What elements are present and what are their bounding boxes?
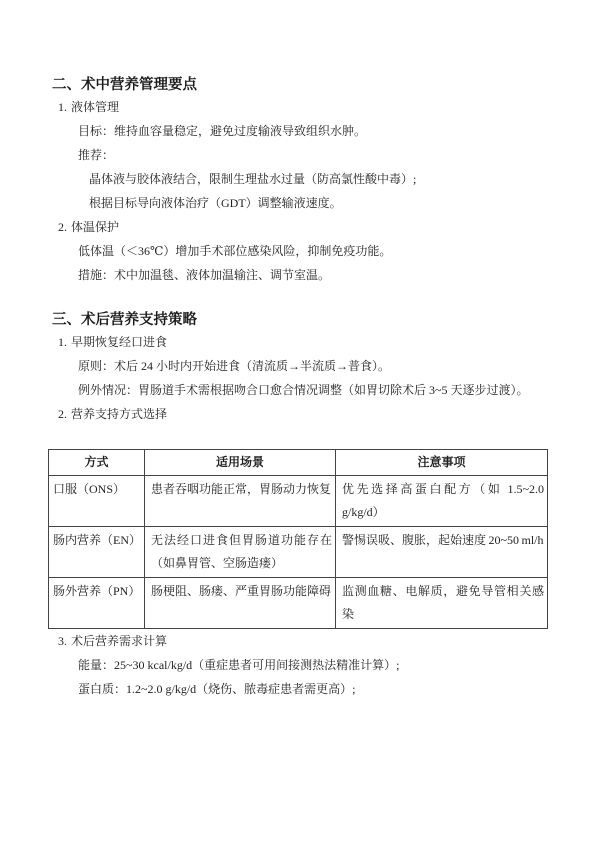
body-line-feeding-principle: 原则：术后 24 小时内开始进食（清流质→半流质→普食）。 (0, 354, 595, 378)
list-item-fluid-management: 1.液体管理 (0, 95, 595, 119)
table-cell-precautions: 优先选择高蛋白配方（如 1.5~2.0 g/kg/d） (336, 476, 548, 527)
list-item-number: 2. (58, 215, 71, 239)
table-header-precautions: 注意事项 (336, 450, 548, 476)
table-row-ons: 口服（ONS） 患者吞咽功能正常，胃肠动力恢复 优先选择高蛋白配方（如 1.5~… (49, 476, 548, 527)
table-cell-mode: 肠外营养（PN） (49, 578, 145, 629)
body-line-fluid-crystalloid: 晶体液与胶体液结合，限制生理盐水过量（防高氯性酸中毒）; (0, 167, 595, 191)
body-line-fluid-recommend: 推荐： (0, 143, 595, 167)
table-header-scenario: 适用场景 (145, 450, 336, 476)
list-item-number: 1. (58, 95, 71, 119)
body-line-energy-requirement: 能量：25~30 kcal/kg/d（重症患者可用间接测热法精准计算）; (0, 653, 595, 677)
section-heading-intraop-nutrition: 二、术中营养管理要点 (0, 75, 595, 95)
list-item-label: 营养支持方式选择 (71, 407, 167, 421)
body-line-protein-requirement: 蛋白质：1.2~2.0 g/kg/d（烧伤、脓毒症患者需更高）; (0, 677, 595, 701)
list-item-label: 液体管理 (71, 100, 119, 114)
table-row-pn: 肠外营养（PN） 肠梗阻、肠瘘、严重胃肠功能障碍 监测血糖、电解质，避免导管相关… (49, 578, 548, 629)
list-item-number: 2. (58, 402, 71, 426)
list-item-label: 体温保护 (71, 220, 119, 234)
table-cell-precautions: 监测血糖、电解质，避免导管相关感染 (336, 578, 548, 629)
table-cell-scenario: 无法经口进食但胃肠道功能存在（如鼻胃管、空肠造瘘） (145, 527, 336, 578)
body-line-fluid-gdt: 根据目标导向液体治疗（GDT）调整输液速度。 (0, 191, 595, 215)
section-heading-postop-nutrition: 三、术后营养支持策略 (0, 310, 595, 330)
nutrition-support-table: 方式 适用场景 注意事项 口服（ONS） 患者吞咽功能正常，胃肠动力恢复 优先选… (48, 449, 548, 629)
body-line-fluid-goal: 目标：维持血容量稳定，避免过度输液导致组织水肿。 (0, 119, 595, 143)
table-cell-mode: 口服（ONS） (49, 476, 145, 527)
list-item-nutrition-requirement-calc: 3.术后营养需求计算 (0, 629, 595, 653)
body-line-feeding-exception: 例外情况：胃肠道手术需根据吻合口愈合情况调整（如胃切除术后 3~5 天逐步过渡）… (0, 378, 595, 402)
list-item-early-oral-feeding: 1.早期恢复经口进食 (0, 330, 595, 354)
body-line-hypothermia-risk: 低体温（＜36℃）增加手术部位感染风险，抑制免疫功能。 (0, 239, 595, 263)
list-item-number: 1. (58, 330, 71, 354)
table-cell-scenario: 肠梗阻、肠瘘、严重胃肠功能障碍 (145, 578, 336, 629)
list-item-nutrition-support-mode: 2.营养支持方式选择 (0, 402, 595, 426)
list-item-label: 术后营养需求计算 (71, 634, 167, 648)
list-item-temperature-protection: 2.体温保护 (0, 215, 595, 239)
list-item-number: 3. (58, 629, 71, 653)
table-row-en: 肠内营养（EN） 无法经口进食但胃肠道功能存在（如鼻胃管、空肠造瘘） 警惕误吸、… (49, 527, 548, 578)
list-item-label: 早期恢复经口进食 (71, 335, 167, 349)
document-page: 二、术中营养管理要点 1.液体管理 目标：维持血容量稳定，避免过度输液导致组织水… (0, 0, 595, 841)
body-line-warming-measures: 措施：术中加温毯、液体加温输注、调节室温。 (0, 263, 595, 287)
table-cell-precautions: 警惕误吸、腹胀，起始速度 20~50 ml/h (336, 527, 548, 578)
table-cell-scenario: 患者吞咽功能正常，胃肠动力恢复 (145, 476, 336, 527)
table-header-mode: 方式 (49, 450, 145, 476)
table-cell-mode: 肠内营养（EN） (49, 527, 145, 578)
table-header-row: 方式 适用场景 注意事项 (49, 450, 548, 476)
